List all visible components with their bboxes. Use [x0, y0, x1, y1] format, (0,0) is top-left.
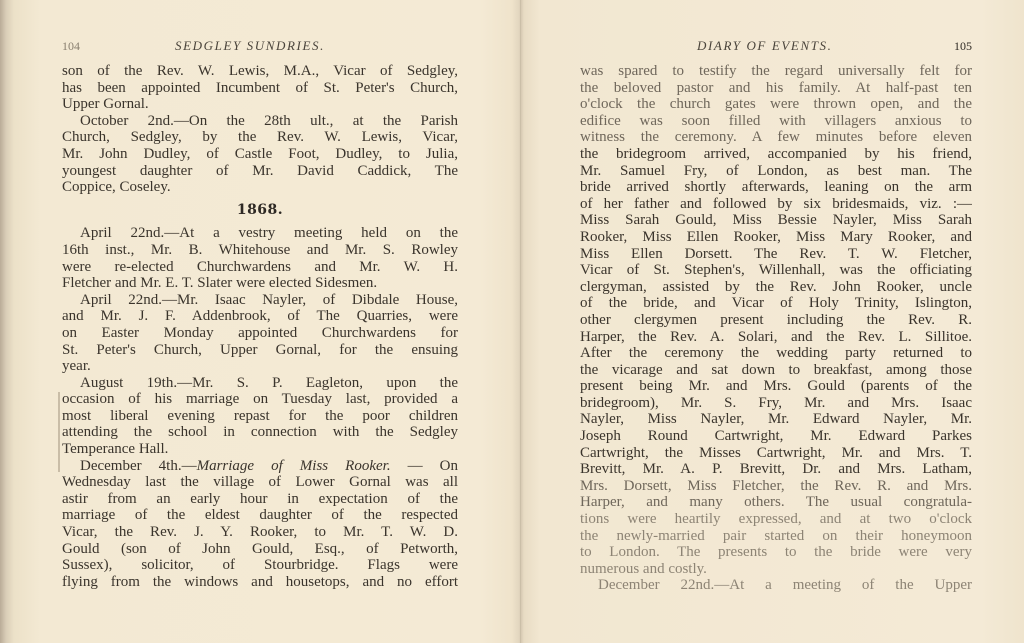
left-running-head: 104 SEDGLEY SUNDRIES. — [62, 38, 458, 54]
text-line: numerous and costly. — [580, 561, 972, 578]
left-page: 104 SEDGLEY SUNDRIES. son of the Rev. W.… — [62, 0, 458, 643]
text-line: edifice was soon filled with villagers a… — [580, 113, 972, 130]
text-line: Miss Ellen Dorsett. The Rev. T. W. Fletc… — [580, 246, 972, 263]
text-line: Mrs. Dorsett, Miss Fletcher, the Rev. R.… — [580, 478, 972, 495]
text-line: youngest daughter of Mr. David Caddick, … — [62, 163, 458, 180]
text-line: has been appointed Incumbent of St. Pete… — [62, 80, 458, 97]
text-line: August 19th.—Mr. S. P. Eagleton, upon th… — [62, 375, 458, 392]
text-line: marriage of the eldest daughter of the r… — [62, 507, 458, 524]
text-line: bride arrived shortly afterwards, leanin… — [580, 179, 972, 196]
entry-date: December 4th.— — [80, 458, 197, 474]
text-line: Wednesday last the village of Lower Gorn… — [62, 474, 458, 491]
page-number: 104 — [62, 39, 80, 54]
page-number: 105 — [954, 39, 972, 54]
text-line: the vicarage and sat down to breakfast, … — [580, 362, 972, 379]
text-line: o'clock the church gates were thrown ope… — [580, 96, 972, 113]
text-line: Church, Sedgley, by the Rev. W. Lewis, V… — [62, 129, 458, 146]
text-line: Rooker, Miss Ellen Rooker, Miss Mary Roo… — [580, 229, 972, 246]
book-spread: 104 SEDGLEY SUNDRIES. son of the Rev. W.… — [0, 0, 1024, 643]
text-line: Harper, the Rev. A. Solari, and the Rev.… — [580, 329, 972, 346]
text-line: clergyman, assisted by the Rev. John Roo… — [580, 279, 972, 296]
text-line: Cartwright, the Misses Cartwright, Mr. a… — [580, 445, 972, 462]
right-page: DIARY OF EVENTS. 105 was spared to testi… — [580, 0, 972, 643]
text-line: bridegroom), Mr. S. Fry, Mr. and Mrs. Is… — [580, 395, 972, 412]
text-line: Sussex), solicitor, of Stourbridge. Flag… — [62, 557, 458, 574]
text-line: was spared to testify the regard univers… — [580, 63, 972, 80]
text-line: witness the ceremony. A few minutes befo… — [580, 129, 972, 146]
text-line: tions were heartily expressed, and at tw… — [580, 511, 972, 528]
text-line: Fletcher and Mr. E. T. Slater were elect… — [62, 275, 458, 292]
text-line: Mr. John Dudley, of Castle Foot, Dudley,… — [62, 146, 458, 163]
text-line: Gould (son of John Gould, Esq., of Petwo… — [62, 541, 458, 558]
right-running-head: DIARY OF EVENTS. 105 — [580, 38, 972, 54]
text-line: April 22nd.—At a vestry meeting held on … — [62, 225, 458, 242]
text-line: the newly-married pair started on their … — [580, 528, 972, 545]
left-text-block-3: Wednesday last the village of Lower Gorn… — [62, 474, 458, 590]
left-text-block-1: son of the Rev. W. Lewis, M.A., Vicar of… — [62, 63, 458, 196]
text-line: 16th inst., Mr. B. Whitehouse and Mr. S.… — [62, 242, 458, 259]
text-line: Mr. Samuel Fry, of London, as best man. … — [580, 163, 972, 180]
text-line: Coppice, Coseley. — [62, 179, 458, 196]
text-line: year. — [62, 358, 458, 375]
text-line: present being Mr. and Mrs. Gould (parent… — [580, 378, 972, 395]
text-line: Vicar, the Rev. J. Y. Rooker, to Mr. T. … — [62, 524, 458, 541]
text-line: April 22nd.—Mr. Isaac Nayler, of Dibdale… — [62, 292, 458, 309]
left-text-block-2: April 22nd.—At a vestry meeting held on … — [62, 225, 458, 457]
entry-italic-title: Marriage of Miss Rooker. — [197, 458, 391, 474]
text-line: of the bride, and Vicar of Holy Trinity,… — [580, 295, 972, 312]
text-line: December 4th.—Marriage of Miss Rooker. —… — [62, 458, 458, 475]
text-line: on Easter Monday appointed Churchwardens… — [62, 325, 458, 342]
right-page-body: was spared to testify the regard univers… — [580, 63, 972, 594]
text-line: Brevitt, Mr. A. P. Brevitt, Dr. and Mrs.… — [580, 461, 972, 478]
text-line: Harper, and many others. The usual congr… — [580, 494, 972, 511]
right-text-block: was spared to testify the regard univers… — [580, 63, 972, 594]
text-line: October 2nd.—On the 28th ult., at the Pa… — [62, 113, 458, 130]
book-gutter — [520, 0, 521, 643]
text-line: Nayler, Miss Nayler, Mr. Edward Nayler, … — [580, 411, 972, 428]
text-line: son of the Rev. W. Lewis, M.A., Vicar of… — [62, 63, 458, 80]
text-line: attending the school in connection with … — [62, 424, 458, 441]
text-line: Miss Sarah Gould, Miss Bessie Nayler, Mi… — [580, 212, 972, 229]
text-line: were re-elected Churchwardens and Mr. W.… — [62, 259, 458, 276]
text-line: astir from an early hour in expectation … — [62, 491, 458, 508]
text-line: Joseph Round Cartwright, Mr. Edward Park… — [580, 428, 972, 445]
text-line: to London. The presents to the bride wer… — [580, 544, 972, 561]
text-line: Temperance Hall. — [62, 441, 458, 458]
text-line: St. Peter's Church, Upper Gornal, for th… — [62, 342, 458, 359]
text-line: and Mr. J. F. Addenbrook, of The Quarrie… — [62, 308, 458, 325]
text-line: of her father and followed by six brides… — [580, 196, 972, 213]
text-line: the beloved pastor and his family. At ha… — [580, 80, 972, 97]
text-line: Upper Gornal. — [62, 96, 458, 113]
text-line: most liberal evening repast for the poor… — [62, 408, 458, 425]
december-entry: December 4th.—Marriage of Miss Rooker. —… — [62, 458, 458, 591]
text-line: Vicar of St. Stephen's, Willenhall, was … — [580, 262, 972, 279]
text-line: other clergymen present including the Re… — [580, 312, 972, 329]
entry-continuation: — On — [391, 458, 458, 474]
running-head-title: SEDGLEY SUNDRIES. — [175, 38, 325, 54]
text-line: occasion of his marriage on Tuesday last… — [62, 391, 458, 408]
text-line: December 22nd.—At a meeting of the Upper — [580, 577, 972, 594]
running-head-title: DIARY OF EVENTS. — [697, 38, 833, 54]
year-heading: 1868. — [62, 202, 458, 219]
text-line: the bridegroom arrived, accompanied by h… — [580, 146, 972, 163]
text-line: flying from the windows and housetops, a… — [62, 574, 458, 591]
pencil-margin-mark — [58, 392, 60, 472]
left-page-body: son of the Rev. W. Lewis, M.A., Vicar of… — [62, 63, 458, 590]
text-line: After the ceremony the wedding party ret… — [580, 345, 972, 362]
